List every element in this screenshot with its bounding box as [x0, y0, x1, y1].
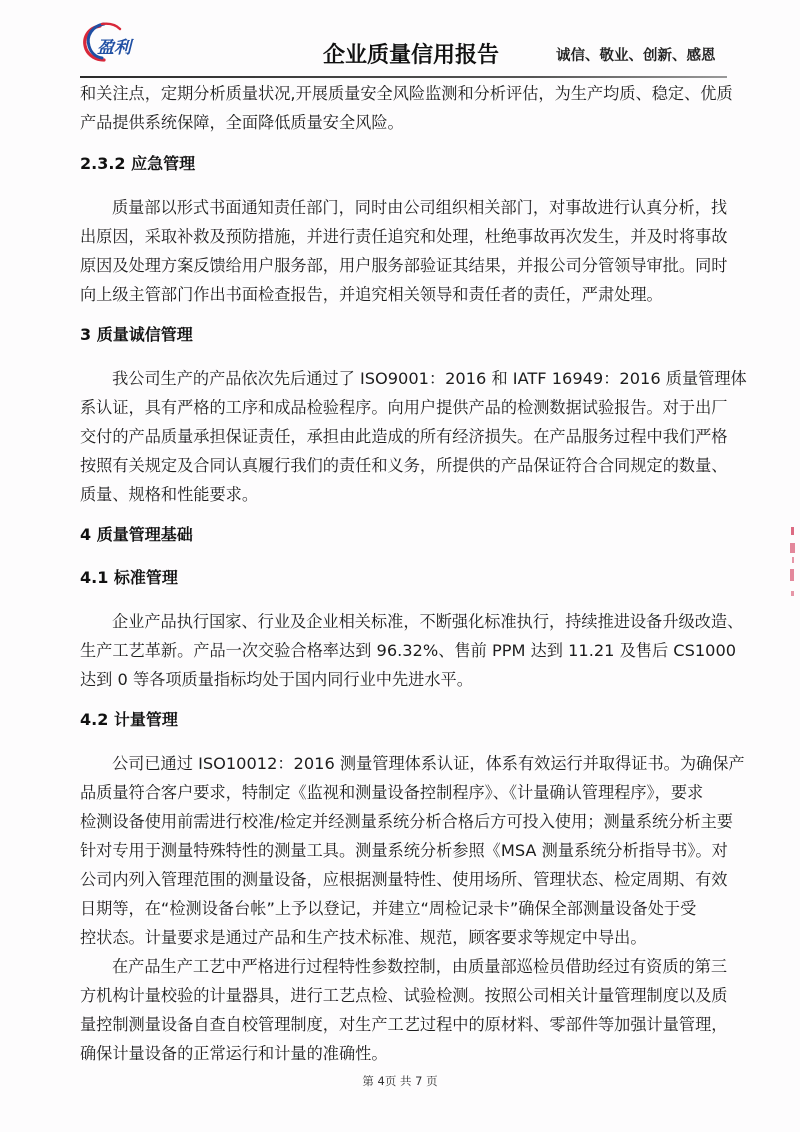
paragraph-line: 交付的产品质量承担保证责任，承担由此造成的所有经济损失。在产品服务过程中我们严格 — [80, 427, 728, 447]
paragraph-line: 企业产品执行国家、行业及企业相关标准，不断强化标准执行，持续推进设备升级改造、 — [112, 612, 743, 632]
paragraph-line: 原因及处理方案反馈给用户服务部，用户服务部验证其结果，并报公司分管领导审批。同时 — [80, 256, 728, 276]
paragraph-line: 针对专用于测量特殊特性的测量工具。测量系统分析参照《MSA 测量系统分析指导书》… — [80, 841, 728, 861]
page-header: 盈利 企业质量信用报告 诚信、敬业、创新、感恩 — [80, 18, 726, 76]
header-divider — [80, 76, 727, 78]
paragraph-line: 产品提供系统保障，全面降低质量安全风险。 — [80, 113, 404, 133]
section-heading-4-1: 4.1 标准管理 — [80, 568, 178, 588]
paragraph-line: 质量、规格和性能要求。 — [80, 485, 258, 505]
paragraph-line: 公司内列入管理范围的测量设备，应根据测量特性、使用场所、管理状态、检定周期、有效 — [80, 870, 728, 890]
paragraph-line: 按照有关规定及合同认真履行我们的责任和义务，所提供的产品保证符合合同规定的数量、 — [80, 456, 728, 476]
company-logo: 盈利 — [80, 22, 150, 62]
logo-swoosh-icon: 盈利 — [80, 22, 150, 62]
report-title: 企业质量信用报告 — [323, 38, 499, 69]
paragraph-line: 控状态。计量要求是通过产品和生产技术标准、规范，顾客要求等规定中导出。 — [80, 928, 647, 948]
paragraph-line: 日期等，在“检测设备台帐”上予以登记，并建立“周检记录卡”确保全部测量设备处于受 — [80, 899, 696, 919]
page-number: 第 4页 共 7 页 — [0, 1073, 800, 1089]
paragraph-line: 方机构计量校验的计量器具，进行工艺点检、试验检测。按照公司相关计量管理制度以及质 — [80, 986, 728, 1006]
paragraph-line: 出原因，采取补救及预防措施，并进行责任追究和处理，杜绝事故再次发生，并及时将事故 — [80, 227, 728, 247]
section-heading-3: 3 质量诚信管理 — [80, 325, 193, 345]
section-heading-4-2: 4.2 计量管理 — [80, 710, 178, 730]
paragraph-line: 在产品生产工艺中严格进行过程特性参数控制，由质量部巡检员借助经过有资质的第三 — [112, 957, 727, 977]
section-heading-2-3-2: 2.3.2 应急管理 — [80, 154, 195, 174]
paragraph-line: 系认证，具有严格的工序和成品检验程序。向用户提供产品的检测数据试验报告。对于出厂 — [80, 398, 728, 418]
section-heading-4: 4 质量管理基础 — [80, 525, 193, 545]
paragraph-line: 量控制测量设备自查自校管理制度，对生产工艺过程中的原材料、零部件等加强计量管理， — [80, 1015, 728, 1035]
paragraph-line: 向上级主管部门作出书面检查报告，并追究相关领导和责任者的责任，严肃处理。 — [80, 285, 663, 305]
paragraph-line: 和关注点，定期分析质量状况,开展质量安全风险监测和分析评估，为生产均质、稳定、优… — [80, 84, 733, 104]
paragraph-line: 质量部以形式书面通知责任部门，同时由公司组织相关部门，对事故进行认真分析，找 — [112, 198, 727, 218]
paragraph-line: 达到 0 等各项质量指标均处于国内同行业中先进水平。 — [80, 670, 473, 690]
seal-stamp-edge-icon — [787, 525, 799, 605]
document-page: 盈利 企业质量信用报告 诚信、敬业、创新、感恩 和关注点，定期分析质量状况,开展… — [0, 0, 800, 1132]
paragraph-line: 品质量符合客户要求，特制定《监视和测量设备控制程序》、《计量确认管理程序》，要求 — [80, 783, 703, 803]
svg-text:盈利: 盈利 — [97, 38, 134, 58]
paragraph-line: 公司已通过 ISO10012：2016 测量管理体系认证，体系有效运行并取得证书… — [112, 754, 745, 774]
paragraph-line: 确保计量设备的正常运行和计量的准确性。 — [80, 1044, 388, 1064]
paragraph-line: 我公司生产的产品依次先后通过了 ISO9001：2016 和 IATF 1694… — [112, 369, 747, 389]
paragraph-line: 检测设备使用前需进行校准/检定并经测量系统分析合格后方可投入使用；测量系统分析主… — [80, 812, 733, 832]
paragraph-line: 生产工艺革新。产品一次交验合格率达到 96.32%、售前 PPM 达到 11.2… — [80, 641, 736, 661]
company-motto: 诚信、敬业、创新、感恩 — [556, 44, 716, 65]
